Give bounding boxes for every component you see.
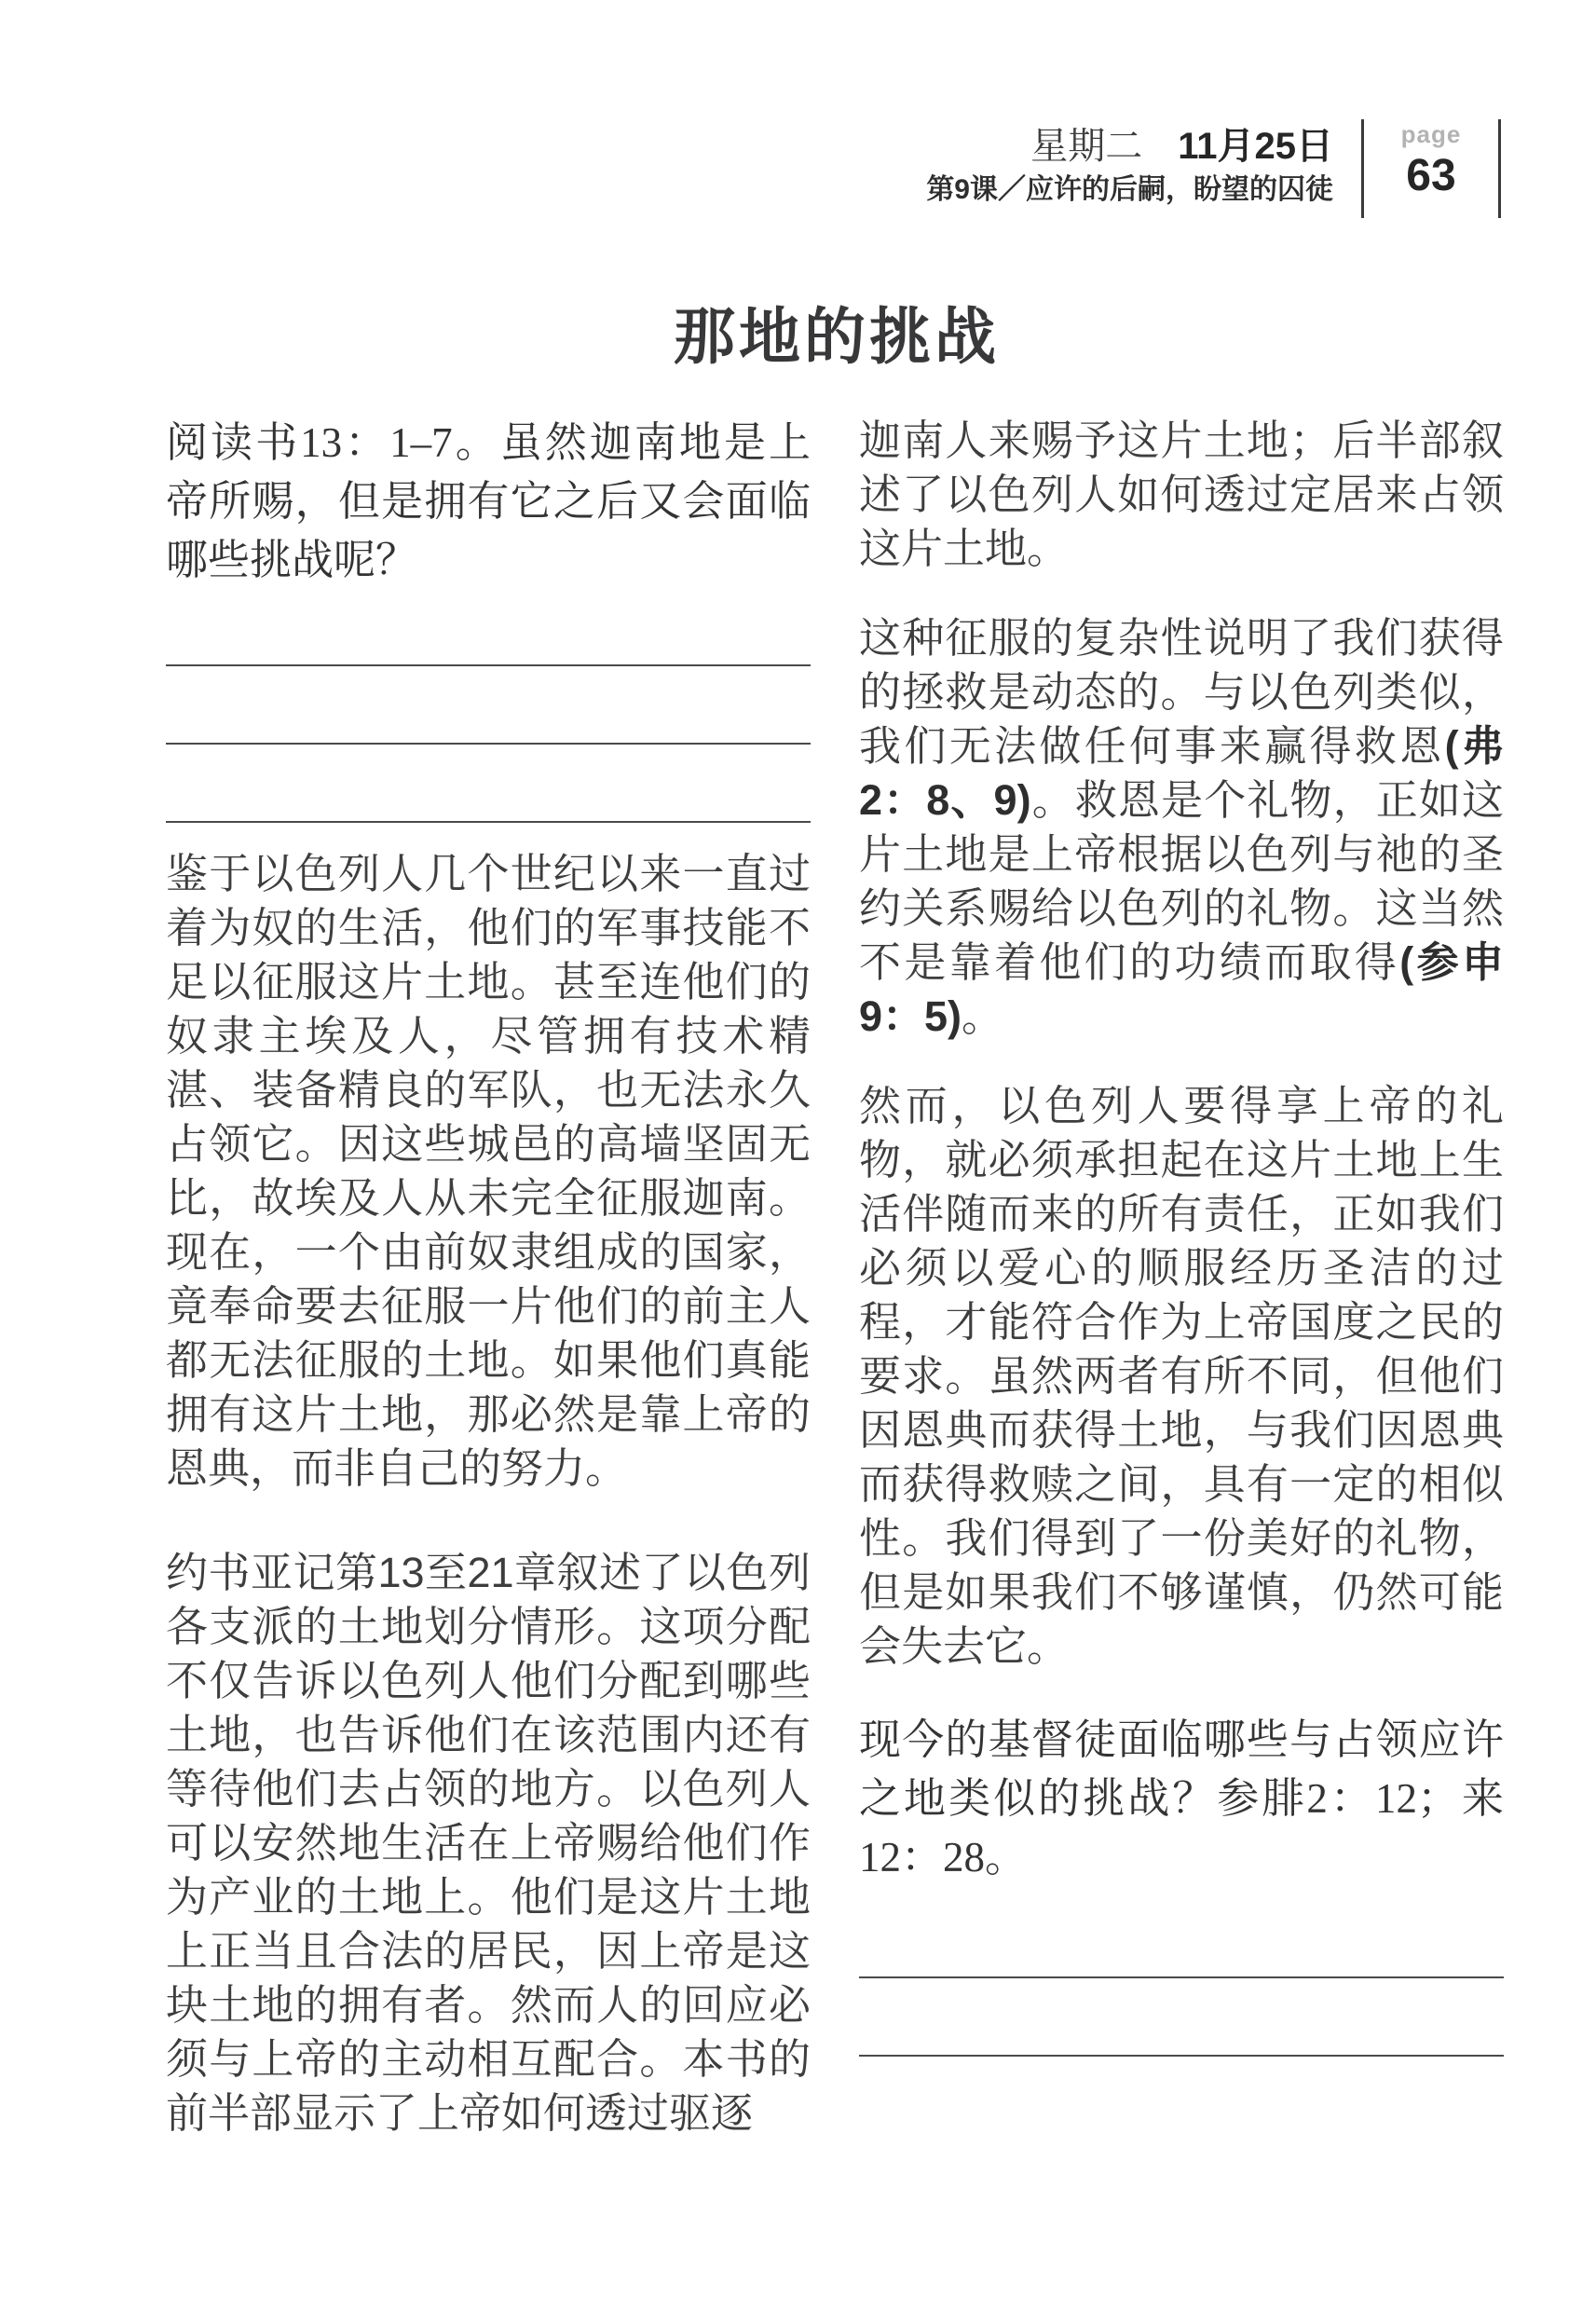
answer-line bbox=[859, 2055, 1504, 2057]
header-text-block: 星期二11月25日 第9课／应许的后嗣，盼望的囚徒 bbox=[926, 119, 1361, 218]
paragraph-4-text: 。 bbox=[962, 992, 1003, 1040]
answer-line bbox=[166, 664, 811, 666]
header-date-line: 星期二11月25日 bbox=[926, 125, 1333, 168]
study-question-2: 现今的基督徒面临哪些与占领应许之地类似的挑战？参腓2：12；来12：28。 bbox=[859, 1711, 1504, 1887]
header-divider-right bbox=[1498, 119, 1501, 218]
study-question-1: 阅读书13：1–7。虽然迦南地是上帝所赐，但是拥有它之后又会面临哪些挑战呢？ bbox=[166, 414, 811, 590]
page-title: 那地的挑战 bbox=[166, 304, 1507, 373]
weekday-label: 星期二 bbox=[1030, 126, 1142, 167]
body-paragraph-2: 约书亚记第13至21章叙述了以色列各支派的土地划分情形。这项分配不仅告诉以色列人… bbox=[166, 1546, 811, 2140]
page-label: page bbox=[1364, 121, 1498, 147]
date-label: 11月25日 bbox=[1178, 126, 1333, 167]
left-column: 阅读书13：1–7。虽然迦南地是上帝所赐，但是拥有它之后又会面临哪些挑战呢？ 鉴… bbox=[166, 414, 811, 2140]
answer-line bbox=[859, 1976, 1504, 1978]
right-column: 迦南人来赐予这片土地；后半部叙述了以色列人如何透过定居来占领这片土地。 这种征服… bbox=[859, 414, 1504, 2057]
answer-line bbox=[166, 821, 811, 823]
book-page: 星期二11月25日 第9课／应许的后嗣，盼望的囚徒 page 63 那地的挑战 … bbox=[0, 0, 1596, 2311]
lesson-title: 第9课／应许的后嗣，盼望的囚徒 bbox=[926, 174, 1333, 206]
body-paragraph-3: 迦南人来赐予这片土地；后半部叙述了以色列人如何透过定居来占领这片土地。 bbox=[859, 414, 1504, 576]
paragraph-4-text: 这种征服的复杂性说明了我们获得的拯救是动态的。与以色列类似，我们无法做任何事来赢… bbox=[859, 614, 1504, 770]
answer-line bbox=[166, 743, 811, 745]
body-paragraph-1: 鉴于以色列人几个世纪以来一直过着为奴的生活，他们的军事技能不足以征服这片土地。甚… bbox=[166, 847, 811, 1496]
page-number-block: page 63 bbox=[1364, 119, 1498, 218]
body-paragraph-5: 然而，以色列人要得享上帝的礼物，就必须承担起在这片土地上生活伴随而来的所有责任，… bbox=[859, 1079, 1504, 1674]
body-paragraph-4: 这种征服的复杂性说明了我们获得的拯救是动态的。与以色列类似，我们无法做任何事来赢… bbox=[859, 611, 1504, 1044]
page-header: 星期二11月25日 第9课／应许的后嗣，盼望的囚徒 page 63 bbox=[926, 119, 1501, 218]
page-number: 63 bbox=[1364, 153, 1498, 199]
